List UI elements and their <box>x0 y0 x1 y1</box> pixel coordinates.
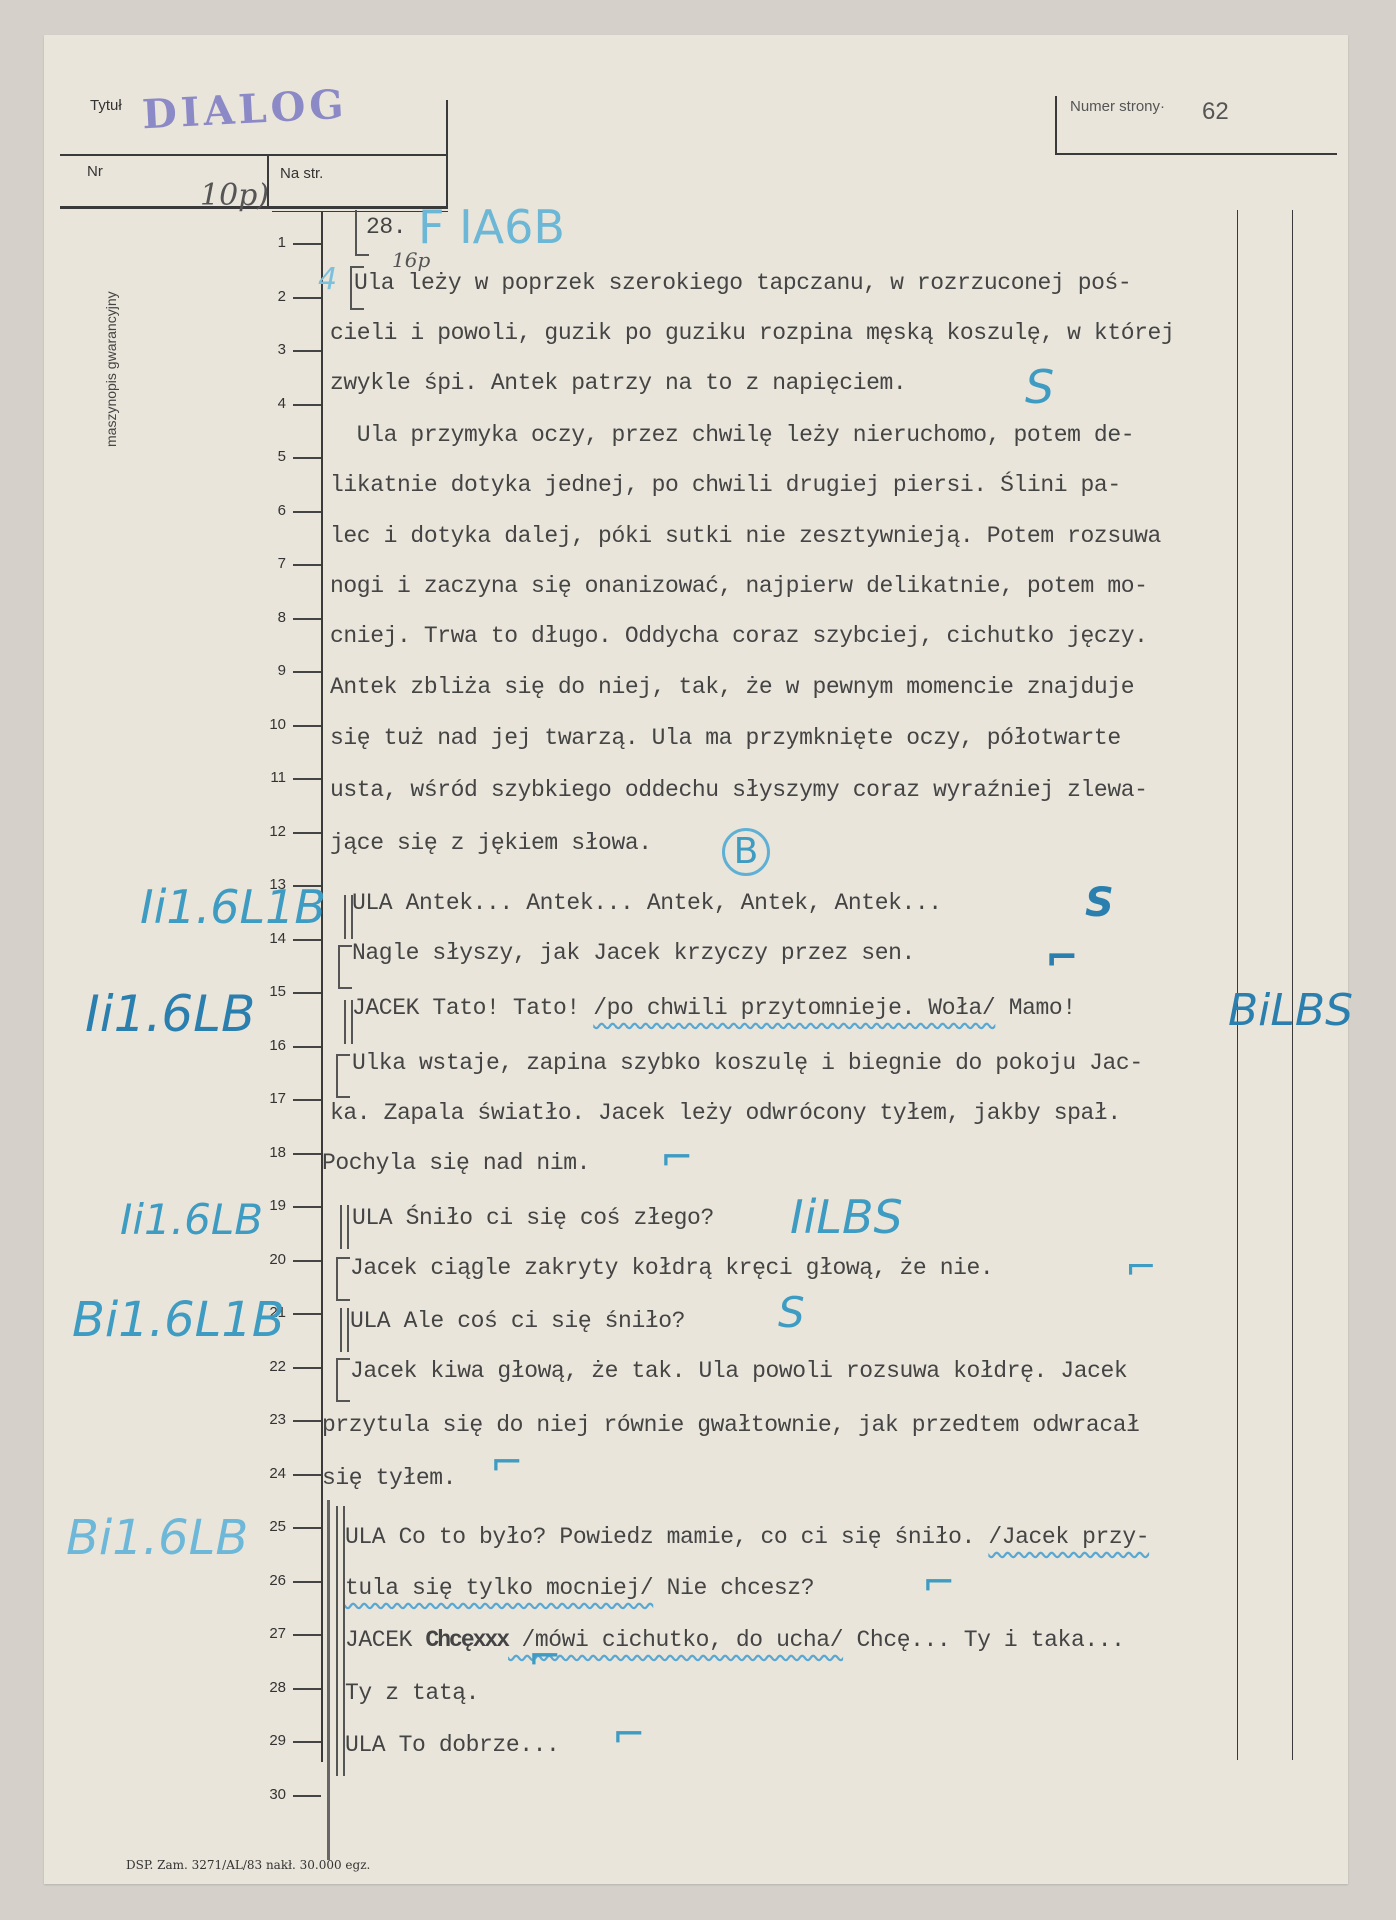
line-tick <box>293 1153 321 1155</box>
line-tick <box>293 350 321 352</box>
line-number: 12 <box>256 823 286 840</box>
line-tick <box>293 1741 321 1743</box>
line-tick <box>293 1367 321 1369</box>
page-number-label: Numer strony· <box>1070 98 1165 115</box>
script-line: ULA Ale coś ci się śniło? <box>350 1308 685 1334</box>
script-line: tula się tylko mocniej/ Nie chcesz? <box>345 1575 814 1601</box>
action-bracket <box>336 1358 350 1402</box>
dialogue-bar <box>336 1506 345 1776</box>
script-line: ULA To dobrze... <box>345 1732 559 1758</box>
line-number: 5 <box>256 448 286 465</box>
line-tick <box>293 511 321 513</box>
line-tick <box>293 1046 321 1048</box>
inline-note: IiLBS <box>790 1190 903 1244</box>
check-mark: ⌐ <box>490 1440 524 1486</box>
script-line: jące się z jękiem słowa. <box>330 830 652 856</box>
s-mark: S <box>778 1288 805 1337</box>
dialogue-bar <box>344 895 353 939</box>
print-imprint: DSP. Zam. 3271/AL/83 nakł. 30.000 egz. <box>126 1858 370 1872</box>
action-bracket <box>336 1054 350 1098</box>
line-number: 18 <box>256 1144 286 1161</box>
script-line: przytula się do niej równie gwałtownie, … <box>322 1412 1140 1438</box>
script-line: cniej. Trwa to długo. Oddycha coraz szyb… <box>330 623 1148 649</box>
margin-rule-left <box>321 212 323 1762</box>
line-tick <box>293 1634 321 1636</box>
line-tick <box>293 1688 321 1690</box>
check-mark: ⌐ <box>1125 1245 1157 1289</box>
struck-out-text: Chcęxxx <box>425 1627 508 1653</box>
line-tick <box>293 832 321 834</box>
dialogue-bar <box>344 1000 353 1044</box>
line-tick <box>293 404 321 406</box>
script-line: Nagle słyszy, jak Jacek krzyczy przez se… <box>352 940 915 966</box>
left-margin-note: Ii1.6LB <box>120 1195 263 1244</box>
script-line: JACEK Tato! Tato! /po chwili przytomniej… <box>352 995 1076 1021</box>
script-line: się tuż nad jej twarzą. Ula ma przymknię… <box>330 725 1121 751</box>
line-number: 7 <box>256 555 286 572</box>
line-tick <box>293 992 321 994</box>
line-number: 11 <box>256 769 286 786</box>
line-tick <box>293 1313 321 1315</box>
header-rule-top <box>60 154 448 156</box>
line-tick <box>293 457 321 459</box>
stage-direction-underlined: /Jacek przy- <box>988 1524 1149 1550</box>
line-number: 29 <box>256 1732 286 1749</box>
line-tick <box>293 1420 321 1422</box>
line-number: 8 <box>256 609 286 626</box>
line-number: 24 <box>256 1465 286 1482</box>
left-margin-note: Ii1.6LB <box>85 985 255 1043</box>
check-mark: ⌐ <box>528 1634 562 1680</box>
line-tick <box>293 1099 321 1101</box>
page-number-rule-bottom <box>1055 153 1337 155</box>
margin-rule-lower <box>327 1500 330 1860</box>
page-number-rule-left <box>1055 96 1057 154</box>
script-line: ULA Co to było? Powiedz mamie, co ci się… <box>345 1524 1149 1550</box>
script-line: likatnie dotyka jednej, po chwili drugie… <box>330 472 1121 498</box>
line-tick <box>293 1581 321 1583</box>
line-tick <box>293 1260 321 1262</box>
pencil-note-top: 10p) <box>200 178 269 213</box>
line-number: 22 <box>256 1358 286 1375</box>
line-tick <box>293 671 321 673</box>
script-line: Ula leży w poprzek szerokiego tapczanu, … <box>354 270 1131 296</box>
script-line: Ula przymyka oczy, przez chwilę leży nie… <box>330 422 1134 448</box>
script-line: cieli i powoli, guzik po guziku rozpina … <box>330 320 1174 346</box>
script-line: nogi i zaczyna się onanizować, najpierw … <box>330 573 1148 599</box>
line-number: 16 <box>256 1037 286 1054</box>
margin-annotation-4: 4 <box>318 262 337 297</box>
scene-number: 28. <box>366 214 406 240</box>
line-number: 15 <box>256 983 286 1000</box>
scene-code-annotation: F IA6B <box>418 200 565 254</box>
line-number: 26 <box>256 1572 286 1589</box>
stage-direction-underlined: tula się tylko mocniej/ <box>345 1575 653 1601</box>
script-line: Pochyla się nad nim. <box>322 1150 590 1176</box>
title-label: Tytuł <box>90 97 122 114</box>
s-mark: S <box>1025 360 1054 414</box>
check-mark: ⌐ <box>612 1712 646 1758</box>
line-tick <box>293 243 321 245</box>
check-mark: ⌐ <box>922 1560 956 1606</box>
line-number: 28 <box>256 1679 286 1696</box>
page-number: 62 <box>1202 98 1229 126</box>
line-number: 3 <box>256 341 286 358</box>
script-line: zwykle śpi. Antek patrzy na to z napięci… <box>330 370 906 396</box>
check-mark: ⌐ <box>660 1135 694 1181</box>
line-tick <box>293 618 321 620</box>
script-line: ULA Śniło ci się coś złego? <box>352 1205 714 1231</box>
stage-direction-underlined: /po chwili przytomnieje. Woła/ <box>593 995 995 1021</box>
script-line: Ulka wstaje, zapina szybko koszulę i bie… <box>352 1050 1143 1076</box>
script-line: ULA Antek... Antek... Antek, Antek, Ante… <box>352 890 942 916</box>
line-tick <box>293 1474 321 1476</box>
vertical-label: maszynopis gwarancyjny <box>103 291 119 447</box>
line-number: 17 <box>256 1090 286 1107</box>
script-line: Jacek ciągle zakryty kołdrą kręci głową,… <box>350 1255 993 1281</box>
line-number: 4 <box>256 395 286 412</box>
script-line: usta, wśród szybkiego oddechu słyszymy c… <box>330 777 1148 803</box>
script-line: Antek zbliża się do niej, tak, że w pewn… <box>330 674 1134 700</box>
line-tick <box>293 1206 321 1208</box>
line-number: 1 <box>256 234 286 251</box>
left-margin-note: Bi1.6L1B <box>72 1292 285 1348</box>
action-bracket <box>336 1257 350 1301</box>
line-tick <box>293 725 321 727</box>
line-tick <box>293 1527 321 1529</box>
dialogue-bar <box>340 1205 349 1249</box>
line-tick <box>293 778 321 780</box>
script-line: Ty z tatą. <box>345 1680 479 1706</box>
dialogue-bar <box>340 1308 349 1352</box>
line-tick <box>293 939 321 941</box>
action-bracket <box>338 945 352 989</box>
line-tick <box>293 297 321 299</box>
circled-mark: B <box>722 828 770 876</box>
line-tick <box>293 1795 321 1797</box>
script-line: JACEK Chcęxxx /mówi cichutko, do ucha/ C… <box>345 1627 1125 1653</box>
s-mark: S <box>1085 880 1114 926</box>
line-number: 20 <box>256 1251 286 1268</box>
check-mark: ⌐ <box>1045 935 1079 981</box>
line-number: 6 <box>256 502 286 519</box>
line-number: 23 <box>256 1411 286 1428</box>
script-line: lec i dotyka dalej, póki sutki nie zeszt… <box>330 523 1161 549</box>
line-number: 27 <box>256 1625 286 1642</box>
line-number: 25 <box>256 1518 286 1535</box>
header-rule-right <box>446 100 448 208</box>
nr-label: Nr <box>87 163 103 180</box>
left-margin-note: Ii1.6L1B <box>140 880 326 934</box>
line-number: 10 <box>256 716 286 733</box>
script-line: Jacek kiwa głową, że tak. Ula powoli roz… <box>350 1358 1127 1384</box>
script-line: się tyłem. <box>322 1465 456 1491</box>
line-number: 2 <box>256 288 286 305</box>
left-margin-note: Bi1.6LB <box>66 1510 248 1566</box>
line-tick <box>293 564 321 566</box>
right-margin-note: BiLBS <box>1228 985 1353 1036</box>
line-number: 30 <box>256 1786 286 1803</box>
na-str-label: Na str. <box>280 165 323 182</box>
action-bracket <box>350 266 364 310</box>
line-number: 9 <box>256 662 286 679</box>
script-line: ka. Zapala światło. Jacek leży odwrócony… <box>330 1100 1121 1126</box>
